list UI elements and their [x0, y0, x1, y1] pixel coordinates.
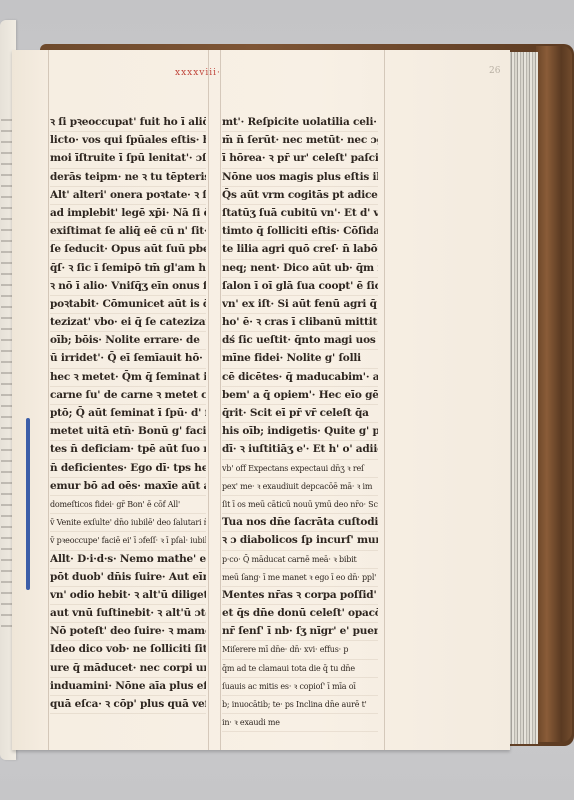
text-line: neq; nent· Dico aūt ub· q̄m n' — [222, 260, 378, 278]
text-line: aut vnū ſuſtinebit· ꝛ alt'ū ɔtēpn'· — [50, 605, 206, 623]
text-line: ſalon ī oī glā ſua coopt' ē ſic — [222, 278, 378, 296]
text-line: et q̄s dn̄e donū celeſt' opacō· ut — [222, 605, 378, 623]
text-line: p·co· Q̄ māducat carnē meā· ꝛ bibit — [222, 551, 378, 569]
text-line: ho' ē· ꝛ cras ī clibanū mittit'· — [222, 314, 378, 332]
text-line: q̄ſ· ꝛ ſic ī ſemipō tm̄ gl'am habe — [50, 260, 206, 278]
text-line: mīne fidei· Nolite g' ſolli — [222, 350, 378, 368]
text-line: ī hōrea· ꝛ pr̄ ur' celeſt' paſcit i — [222, 150, 378, 168]
text-line: vb' off Expectans expectaui dn̄ʒ ꝛ reſ — [222, 460, 378, 478]
text-line: exiſtimat ſe aliq̄ eē cū n' ſit· ipē — [50, 223, 206, 241]
text-line: ad implebit' legē xp̄i· Nā ſi q̄s — [50, 205, 206, 223]
text-line: emur bō ad oēs· maxīe aūt ad — [50, 478, 206, 496]
cover-fore-edge — [536, 46, 572, 742]
text-line: ſe ſeducit· Opus aūt ſuū pbet v' — [50, 241, 206, 259]
text-line: his oīb; indigetis· Quite g' p' rg' — [222, 423, 378, 441]
text-line: v̄ pꝛeoccupe' faciē ei' ī ɔfeſſ· ꝛ ī pſa… — [50, 532, 206, 550]
text-line: derās teipm· ne ꝛ tu tēpteris· — [50, 169, 206, 187]
text-line: Allt· D·i·d·s· Nemo mathe' e — [50, 551, 206, 569]
text-line: n̄ deficientes· Ego dī· tps hec op — [50, 460, 206, 478]
ruling-line — [220, 50, 221, 750]
text-line: bem' a q̄ opiem'· Hec eīo gētes i — [222, 387, 378, 405]
text-line: carne ſu' de carne ꝛ metet cōrru — [50, 387, 206, 405]
text-line: quā eſca· ꝛ cōp' plus quā veſti — [50, 696, 206, 714]
manuscript-page: xxxxviii· 26 ꝛ ſi pꝛeoccupat' fuit ho ī … — [12, 50, 510, 750]
text-line: ure q̄ māducet· nec corpi ure q̄ — [50, 660, 206, 678]
ruling-line — [208, 50, 209, 750]
text-line: timto q̄ ſolliciti eſtis· Cōſida — [222, 223, 378, 241]
text-line: metet uitā etn̄· Bonū g' facie — [50, 423, 206, 441]
text-line: poꝛtabit· Cōmunicet aūt is q̄ ca — [50, 296, 206, 314]
folio-heading: xxxxviii· — [175, 68, 221, 78]
text-line: ꝛ ſi pꝛeoccupat' fuit ho ī aliq̄ de — [50, 114, 206, 132]
text-line: ſtatūʒ ſuā cubitū vn'· Et d' veſ — [222, 205, 378, 223]
text-line: hec ꝛ metet· Q̄m q̄ ſeminat in — [50, 369, 206, 387]
text-line: meū ſang· ī me manet ꝛ ego ī eo dn̄· ppl… — [222, 569, 378, 587]
text-line: te lilia agri quō creſ· n̄ labōt — [222, 241, 378, 259]
text-line: Nōne uos magis plus eſtis illis· — [222, 169, 378, 187]
text-line: b; inuocātib; te· ps Inclina dn̄e aurē t… — [222, 696, 378, 714]
text-line: ſuauis ac mitis es· ꝛ copioſ' ī mīa oī — [222, 678, 378, 696]
text-line: dī· ꝛ iuſtitiāʒ e'· Et h' o' adiicient' — [222, 441, 378, 459]
text-line: in· ꝛ exaudi me — [222, 714, 378, 732]
folio-number: 26 — [489, 66, 500, 76]
text-line: Miſerere mī dn̄e· dn̄· xvi· effus· p — [222, 641, 378, 659]
text-line: oīb; bōis· Nolite errare· de — [50, 332, 206, 350]
text-line: tezizat' vbo· ei q̄ ſe catezizat in — [50, 314, 206, 332]
text-line: pōt duob' dn̄is ſuire· Aut eīn — [50, 569, 206, 587]
text-line: tes n̄ deficiam· tpē aūt ſuo metem' — [50, 441, 206, 459]
text-line: mt'· Reſpicite uolatilia celi· q̄ — [222, 114, 378, 132]
text-line: moi īſtruite ī ſpū lenitat'· ɔſi — [50, 150, 206, 168]
text-line: vn' ex iſt· Si aūt fenū agri q̄ — [222, 296, 378, 314]
text-line: domeſticos fidei· gr̄ Bon' ē cōf All' — [50, 496, 206, 514]
text-line: dś ſic ueſtit· q̄nto magi uos — [222, 332, 378, 350]
text-line: q̄rit· Scit eī pr̄ vr̄ celeſt q̄a — [222, 405, 378, 423]
text-line: ſit ī os meū cāticū nouū ymū deo nr̄o· S… — [222, 496, 378, 514]
text-line: q̄m ad te clamaui tota die q̄ tu dn̄e — [222, 660, 378, 678]
text-line: induamini· Nōne aīa plus eſt — [50, 678, 206, 696]
ruling-line — [48, 50, 49, 750]
text-line: ptō; Q̄ aūt ſeminat ī ſpū· d' ſpū — [50, 405, 206, 423]
text-line: Mentes nr̄as ꝛ corpa poſſid' — [222, 587, 378, 605]
blue-initial-bar — [26, 418, 30, 590]
text-line: nr̄ ſenſ' ī nb· ſʒ nīgr' e' pueniat — [222, 623, 378, 641]
text-line: cē dicētes· q̄ maducabim'· a q̄ bi — [222, 369, 378, 387]
text-line: Ideo dico vob· ne ſolliciti ſitis aīe — [50, 641, 206, 659]
left-column: ꝛ ſi pꝛeoccupat' fuit ho ī aliq̄ delicto… — [50, 114, 206, 714]
ruling-line — [384, 50, 385, 750]
text-line: vn' odio hebit· ꝛ alt'ū diliget· — [50, 587, 206, 605]
text-line: Tua nos dn̄e ſacrāta cuſtodiat — [222, 514, 378, 532]
right-column: mt'· Reſpicite uolatilia celi· q̄m̄ n̄ ſ… — [222, 114, 378, 732]
text-line: ū irridet'· Q̄ eī ſemīauit hō· — [50, 350, 206, 368]
text-line: Q̄s aūt vrm cogitās pt adice ad — [222, 187, 378, 205]
page-stack-edge — [506, 52, 538, 744]
text-line: licto· vos qui ſpūales eſtis· hui — [50, 132, 206, 150]
text-line: pex' me· ꝛ exaudiuit depcacōē mā· ꝛ im — [222, 478, 378, 496]
text-line: Nō poteſt' deo ſuire· ꝛ mamōe· — [50, 623, 206, 641]
text-line: ꝛ ɔ diabolicos ſp incurſ' muniat — [222, 532, 378, 550]
text-line: ꝛ nō ī alio· Vniſq̄ʒ eīn onus ſu — [50, 278, 206, 296]
text-line: v̄ Venite exſulte' dn̄o iubilē' deo ſalu… — [50, 514, 206, 532]
text-line: m̄ n̄ ſerūt· nec metūt· nec ɔgregāt — [222, 132, 378, 150]
text-line: Alt' alteri' onera poꝛtate· ꝛ ſic — [50, 187, 206, 205]
